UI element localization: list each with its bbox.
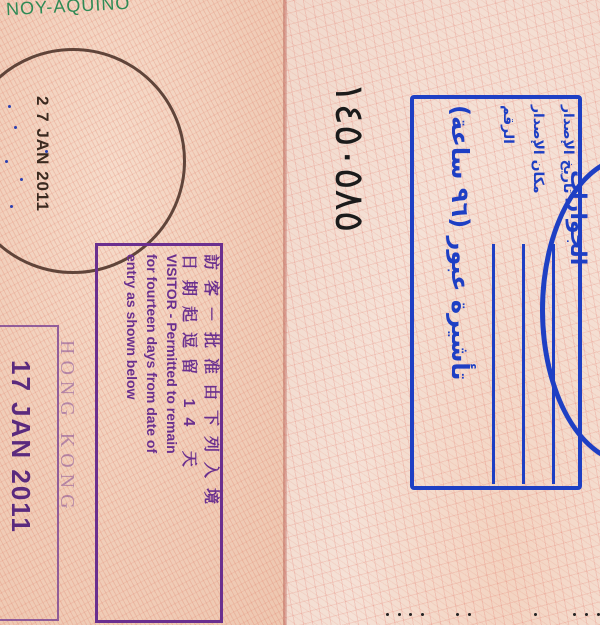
- transit-visa-title: تأشيرة عبور (٩٦ ساعة): [446, 105, 474, 380]
- page-perforation-dot: [468, 613, 471, 616]
- ink-speck: [14, 126, 17, 129]
- handwritten-visa-number: ١٤٥٠٥٨٥: [326, 82, 372, 232]
- ink-speck: [10, 205, 13, 208]
- ink-speck: [45, 150, 48, 153]
- visitor-stamp-chinese-line-2: 日期起逗留 14 天: [179, 254, 202, 477]
- page-perforation-dot: [409, 613, 412, 616]
- passport-page-left: NOY-AQUINO 2 7 JAN 2011 17 JAN 2011 HONG…: [0, 0, 285, 625]
- page-perforation-dot: [386, 613, 389, 616]
- visitor-stamp-chinese-line-1: 訪客－批准由下列入境: [201, 254, 224, 514]
- printed-airport-name: NOY-AQUINO: [6, 0, 131, 20]
- page-perforation-dot: [398, 613, 401, 616]
- transit-field-line: [492, 244, 495, 484]
- page-perforation-dot: [573, 613, 576, 616]
- transit-field-number: الرقم: [500, 105, 516, 144]
- transit-field-line: [522, 244, 525, 484]
- page-perforation-dot: [534, 613, 537, 616]
- ink-speck: [5, 160, 8, 163]
- ink-speck: [8, 105, 11, 108]
- manila-departure-stamp: [0, 48, 186, 274]
- blue-circular-stamp-text: الجوازات: [565, 170, 590, 265]
- visitor-stamp-english-line-1: VISITOR - Permitted to remain: [164, 254, 180, 454]
- passport-spine-fold: [283, 0, 287, 625]
- manila-stamp-date: 2 7 JAN 2011: [32, 96, 52, 212]
- ink-speck: [20, 178, 23, 181]
- passport-photo: NOY-AQUINO 2 7 JAN 2011 17 JAN 2011 HONG…: [0, 0, 600, 625]
- hong-kong-entry-date: 17 JAN 2011: [5, 360, 36, 534]
- transit-field-place-of-issue: مكان الإصدار: [530, 105, 546, 194]
- page-perforation-dot: [421, 613, 424, 616]
- page-perforation-dot: [456, 613, 459, 616]
- visitor-stamp-english-line-2: for fourteen days from date of: [144, 254, 160, 453]
- page-perforation-dot: [585, 613, 588, 616]
- visitor-stamp-english-line-3: entry as shown below: [124, 254, 140, 399]
- hong-kong-stamp-label: HONG KONG: [55, 340, 78, 515]
- hong-kong-visitor-stamp: 訪客－批准由下列入境 日期起逗留 14 天 VISITOR - Permitte…: [95, 243, 223, 623]
